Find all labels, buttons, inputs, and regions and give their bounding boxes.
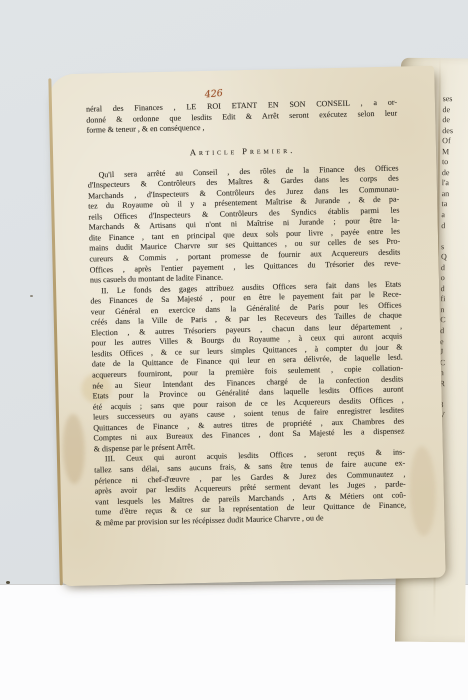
continuation-paragraph: néral des Finances , LE ROI ETANT EN SON… [86, 98, 398, 137]
text-fragment-line: M [442, 147, 468, 158]
text-fragment-line: an [442, 189, 468, 200]
text-fragment-line: d [441, 221, 468, 232]
text-fragment-line: ses [443, 94, 468, 105]
text-fragment-line: R [440, 379, 467, 390]
text-fragment-line: Of [442, 136, 468, 147]
article-premier-heading: Article Premier. [87, 141, 398, 160]
text-fragment-line: e [440, 337, 467, 348]
paper-stain [62, 414, 86, 484]
text-fragment-line: to [442, 157, 468, 168]
text-fragment-line: Q [441, 252, 468, 263]
text-fragment-line: n [440, 305, 467, 316]
paper-stain [409, 446, 437, 537]
text-fragment-line: C [440, 358, 467, 369]
handwritten-page-number: 426 [204, 88, 223, 101]
paragraph-article-1: Qu'il sera arrêté au Conseil , des rôles… [87, 163, 401, 286]
dust-speck [30, 295, 33, 297]
text-fragment-line: a [441, 210, 468, 221]
text-fragment-line: de [442, 105, 468, 116]
text-fragment-line: d [440, 326, 467, 337]
text-fragment-line: d [441, 284, 468, 295]
dust-speck [6, 581, 10, 584]
aged-paper-edge [48, 78, 62, 585]
paragraph-article-2: II. Le fonds des gages attribuez ausdits… [90, 279, 405, 455]
text-fragment-line: J [440, 347, 467, 358]
text-fragment-line: des [442, 126, 468, 137]
text-fragment-line: de [442, 168, 468, 179]
document-page: 426 néral des Finances , LE ROI ETANT EN… [48, 66, 446, 587]
text-fragment-line: de [442, 115, 468, 126]
text-fragment-line [441, 231, 468, 242]
text-fragment-line [439, 389, 466, 400]
text-fragment-line: s [441, 242, 468, 253]
text-fragment-line: l'a [442, 178, 468, 189]
printed-text-block: néral des Finances , LE ROI ETANT EN SON… [86, 98, 407, 529]
text-fragment-line: d [441, 263, 468, 274]
text-fragment-line: fi [440, 294, 467, 305]
text-fragment-line: o [441, 273, 468, 284]
next-page-text-fragments: sesdededesOfMtodel'aantaadsQdodfinCdeJCn… [439, 94, 468, 421]
text-fragment-line: 8 [439, 400, 466, 411]
text-fragment-line: ta [441, 200, 468, 211]
text-fragment-line: n [440, 368, 467, 379]
text-fragment-line: C [440, 316, 467, 327]
text-fragment-line: V [439, 410, 466, 421]
paragraph-article-3: III. Ceux qui auront acquis lesdits Offi… [94, 448, 407, 529]
